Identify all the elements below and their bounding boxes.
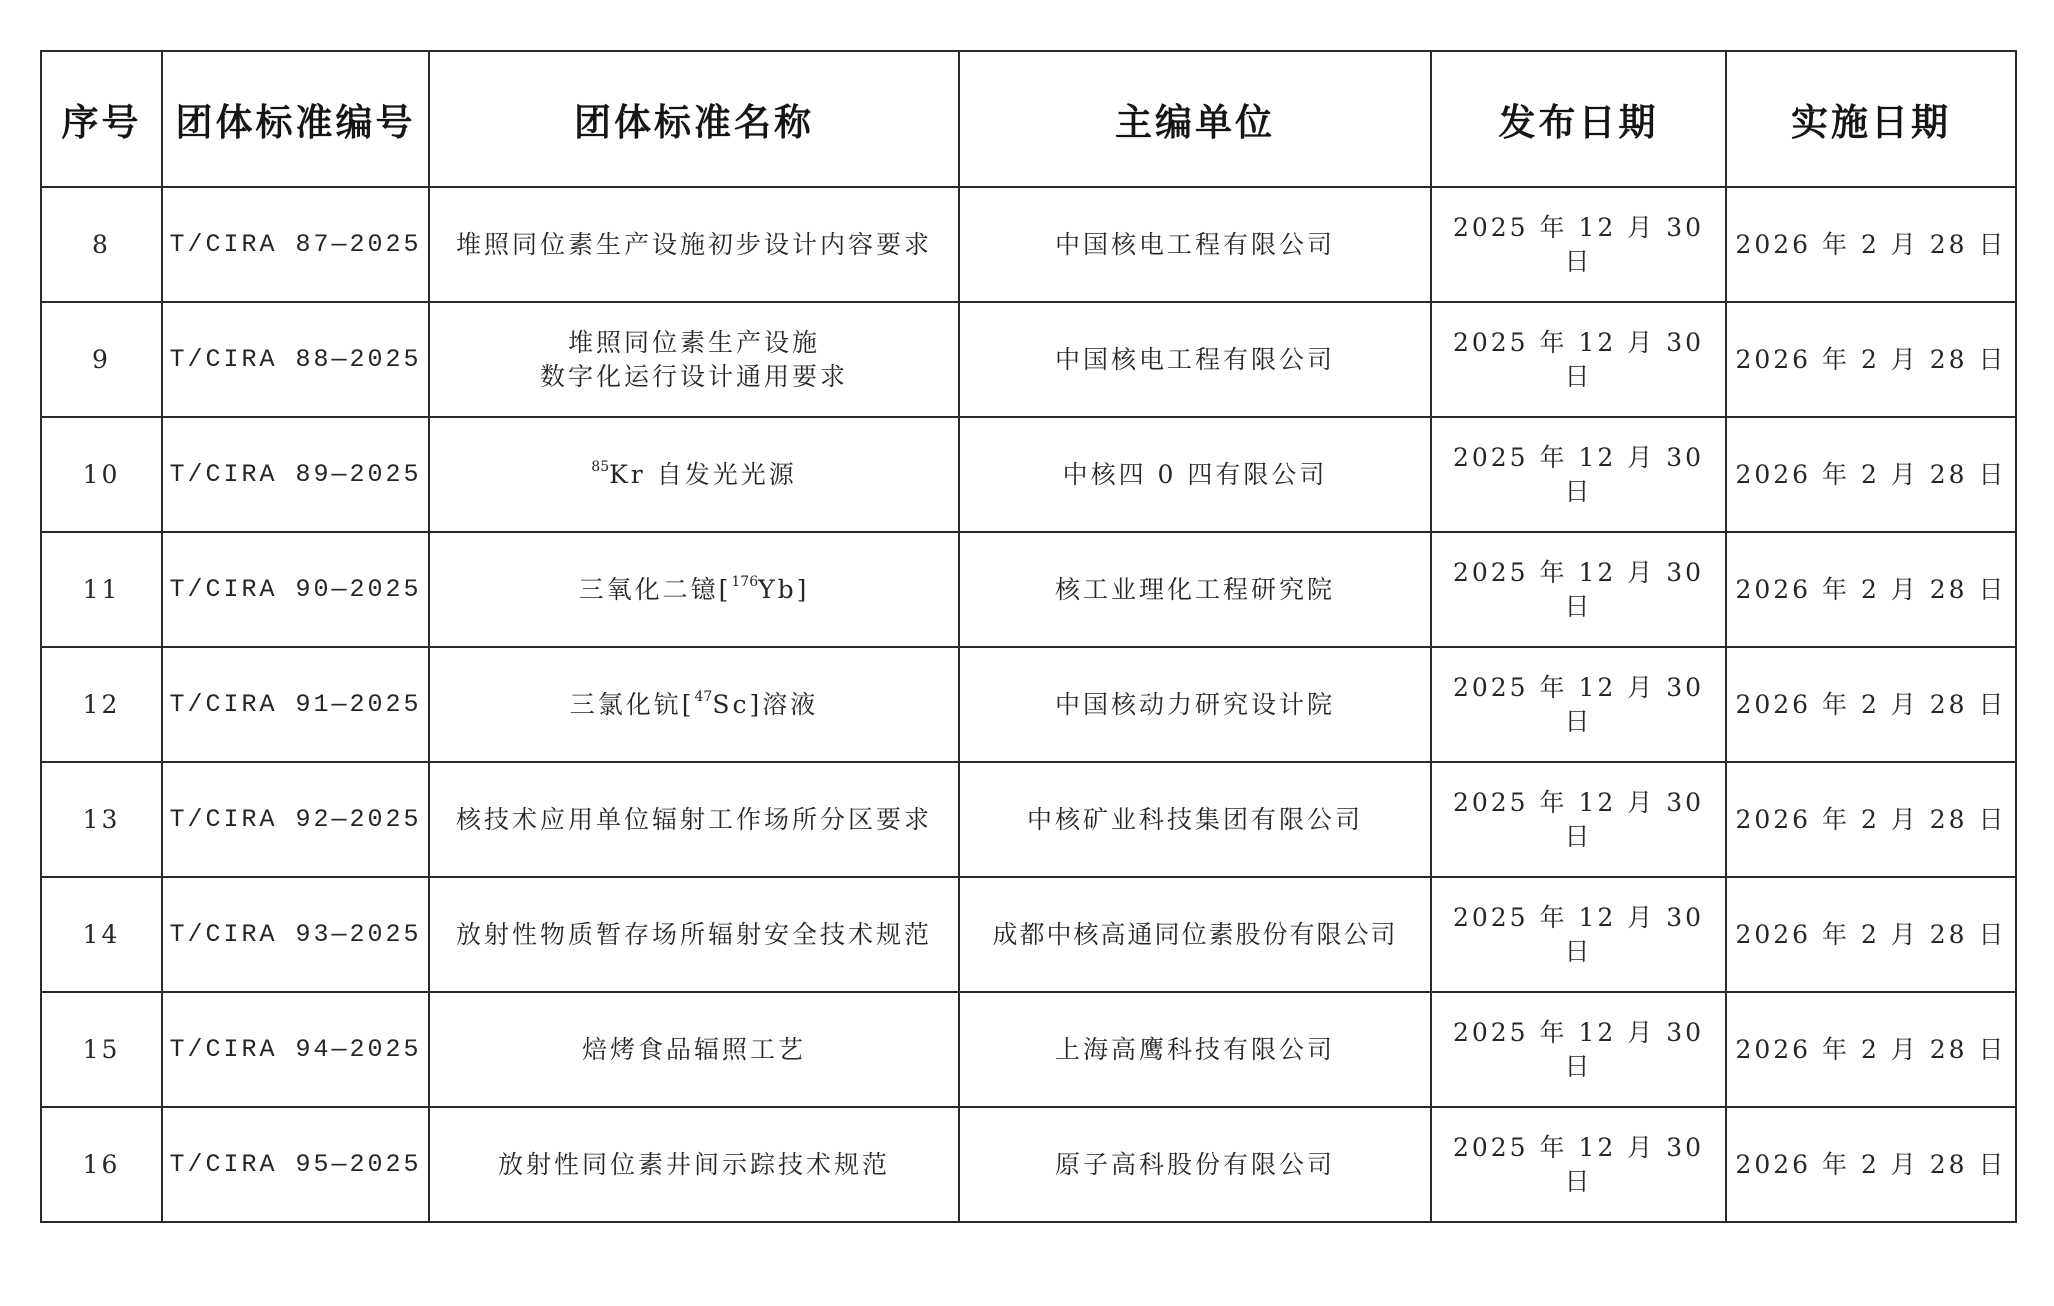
cell-no: 14 bbox=[41, 877, 162, 992]
header-name: 团体标准名称 bbox=[429, 51, 959, 187]
cell-code: T/CIRA 88—2025 bbox=[162, 302, 429, 417]
cell-name: 核技术应用单位辐射工作场所分区要求 bbox=[429, 762, 959, 877]
cell-unit: 中国核电工程有限公司 bbox=[959, 302, 1431, 417]
cell-no: 12 bbox=[41, 647, 162, 762]
cell-publish-date: 2025 年 12 月 30 日 bbox=[1431, 877, 1726, 992]
standards-table: 序号 团体标准编号 团体标准名称 主编单位 发布日期 实施日期 8 T/CIRA… bbox=[40, 50, 2017, 1223]
cell-no: 10 bbox=[41, 417, 162, 532]
cell-publish-date: 2025 年 12 月 30 日 bbox=[1431, 302, 1726, 417]
cell-no: 11 bbox=[41, 532, 162, 647]
table-row: 10 T/CIRA 89—2025 85Kr 自发光光源 中核四 0 四有限公司… bbox=[41, 417, 2016, 532]
cell-name: 三氯化钪[47Sc]溶液 bbox=[429, 647, 959, 762]
header-publish-date: 发布日期 bbox=[1431, 51, 1726, 187]
name-line: 堆照同位素生产设施 bbox=[434, 326, 954, 360]
cell-unit: 中国核动力研究设计院 bbox=[959, 647, 1431, 762]
cell-effective-date: 2026 年 2 月 28 日 bbox=[1726, 647, 2016, 762]
cell-code: T/CIRA 95—2025 bbox=[162, 1107, 429, 1222]
name-line: 数字化运行设计通用要求 bbox=[434, 360, 954, 394]
cell-unit: 核工业理化工程研究院 bbox=[959, 532, 1431, 647]
cell-name: 放射性同位素井间示踪技术规范 bbox=[429, 1107, 959, 1222]
name-prefix: 三氯化钪[ bbox=[570, 690, 695, 719]
cell-unit: 成都中核高通同位素股份有限公司 bbox=[959, 877, 1431, 992]
cell-name: 堆照同位素生产设施初步设计内容要求 bbox=[429, 187, 959, 302]
cell-name: 三氧化二镱[176Yb] bbox=[429, 532, 959, 647]
name-suffix: Yb] bbox=[758, 575, 809, 604]
isotope-mass-number: 176 bbox=[731, 574, 758, 590]
cell-unit: 中国核电工程有限公司 bbox=[959, 187, 1431, 302]
name-suffix: Kr 自发光光源 bbox=[609, 460, 797, 489]
table-row: 14 T/CIRA 93—2025 放射性物质暂存场所辐射安全技术规范 成都中核… bbox=[41, 877, 2016, 992]
cell-publish-date: 2025 年 12 月 30 日 bbox=[1431, 532, 1726, 647]
table-row: 11 T/CIRA 90—2025 三氧化二镱[176Yb] 核工业理化工程研究… bbox=[41, 532, 2016, 647]
cell-effective-date: 2026 年 2 月 28 日 bbox=[1726, 187, 2016, 302]
header-no: 序号 bbox=[41, 51, 162, 187]
cell-publish-date: 2025 年 12 月 30 日 bbox=[1431, 992, 1726, 1107]
cell-publish-date: 2025 年 12 月 30 日 bbox=[1431, 1107, 1726, 1222]
cell-publish-date: 2025 年 12 月 30 日 bbox=[1431, 762, 1726, 877]
name-line: 核技术应用单位辐射工作场所分区要求 bbox=[434, 803, 954, 837]
name-line: 堆照同位素生产设施初步设计内容要求 bbox=[434, 228, 954, 262]
cell-code: T/CIRA 91—2025 bbox=[162, 647, 429, 762]
isotope-mass-number: 47 bbox=[695, 689, 713, 705]
cell-code: T/CIRA 87—2025 bbox=[162, 187, 429, 302]
table-row: 15 T/CIRA 94—2025 焙烤食品辐照工艺 上海高鹰科技有限公司 20… bbox=[41, 992, 2016, 1107]
isotope-mass-number: 85 bbox=[591, 459, 609, 475]
table-row: 8 T/CIRA 87—2025 堆照同位素生产设施初步设计内容要求 中国核电工… bbox=[41, 187, 2016, 302]
cell-publish-date: 2025 年 12 月 30 日 bbox=[1431, 417, 1726, 532]
cell-no: 9 bbox=[41, 302, 162, 417]
cell-effective-date: 2026 年 2 月 28 日 bbox=[1726, 992, 2016, 1107]
name-line: 放射性物质暂存场所辐射安全技术规范 bbox=[434, 918, 954, 952]
cell-code: T/CIRA 90—2025 bbox=[162, 532, 429, 647]
name-line: 焙烤食品辐照工艺 bbox=[434, 1033, 954, 1067]
cell-unit: 原子高科股份有限公司 bbox=[959, 1107, 1431, 1222]
cell-no: 16 bbox=[41, 1107, 162, 1222]
cell-code: T/CIRA 89—2025 bbox=[162, 417, 429, 532]
name-line: 放射性同位素井间示踪技术规范 bbox=[434, 1148, 954, 1182]
cell-name: 堆照同位素生产设施 数字化运行设计通用要求 bbox=[429, 302, 959, 417]
cell-no: 8 bbox=[41, 187, 162, 302]
cell-unit: 上海高鹰科技有限公司 bbox=[959, 992, 1431, 1107]
cell-unit: 中核四 0 四有限公司 bbox=[959, 417, 1431, 532]
cell-name: 焙烤食品辐照工艺 bbox=[429, 992, 959, 1107]
cell-effective-date: 2026 年 2 月 28 日 bbox=[1726, 302, 2016, 417]
cell-publish-date: 2025 年 12 月 30 日 bbox=[1431, 647, 1726, 762]
cell-name: 85Kr 自发光光源 bbox=[429, 417, 959, 532]
cell-code: T/CIRA 92—2025 bbox=[162, 762, 429, 877]
table-row: 12 T/CIRA 91—2025 三氯化钪[47Sc]溶液 中国核动力研究设计… bbox=[41, 647, 2016, 762]
header-code: 团体标准编号 bbox=[162, 51, 429, 187]
cell-no: 15 bbox=[41, 992, 162, 1107]
cell-effective-date: 2026 年 2 月 28 日 bbox=[1726, 1107, 2016, 1222]
table-header-row: 序号 团体标准编号 团体标准名称 主编单位 发布日期 实施日期 bbox=[41, 51, 2016, 187]
cell-effective-date: 2026 年 2 月 28 日 bbox=[1726, 532, 2016, 647]
cell-effective-date: 2026 年 2 月 28 日 bbox=[1726, 762, 2016, 877]
cell-code: T/CIRA 93—2025 bbox=[162, 877, 429, 992]
cell-name: 放射性物质暂存场所辐射安全技术规范 bbox=[429, 877, 959, 992]
table-row: 13 T/CIRA 92—2025 核技术应用单位辐射工作场所分区要求 中核矿业… bbox=[41, 762, 2016, 877]
cell-effective-date: 2026 年 2 月 28 日 bbox=[1726, 877, 2016, 992]
cell-effective-date: 2026 年 2 月 28 日 bbox=[1726, 417, 2016, 532]
header-effective-date: 实施日期 bbox=[1726, 51, 2016, 187]
header-unit: 主编单位 bbox=[959, 51, 1431, 187]
name-prefix: 三氧化二镱[ bbox=[579, 575, 732, 604]
cell-code: T/CIRA 94—2025 bbox=[162, 992, 429, 1107]
table-row: 9 T/CIRA 88—2025 堆照同位素生产设施 数字化运行设计通用要求 中… bbox=[41, 302, 2016, 417]
cell-no: 13 bbox=[41, 762, 162, 877]
cell-publish-date: 2025 年 12 月 30 日 bbox=[1431, 187, 1726, 302]
name-suffix: Sc]溶液 bbox=[712, 690, 818, 719]
cell-unit: 中核矿业科技集团有限公司 bbox=[959, 762, 1431, 877]
table-row: 16 T/CIRA 95—2025 放射性同位素井间示踪技术规范 原子高科股份有… bbox=[41, 1107, 2016, 1222]
